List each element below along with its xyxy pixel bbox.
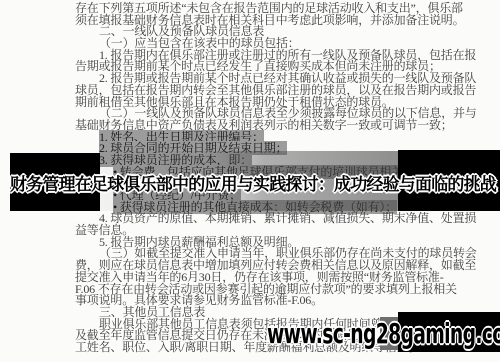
document-page: 存在下列第五项所述“未包含在报告范围内的足球活动收入和支出”，俱乐部须在填报基础… xyxy=(0,0,500,362)
page-title: 财务管理在足球俱乐部中的应用与实践探讨：成功经验与面临的挑战 xyxy=(10,170,496,195)
doc-line: 4. 球员资产的原值、本期摊销、累计摊销、减值损失、期末净值、处置损 xyxy=(75,213,490,225)
watermark-url[interactable]: www.sc-ng28gaming.com xyxy=(267,317,500,350)
